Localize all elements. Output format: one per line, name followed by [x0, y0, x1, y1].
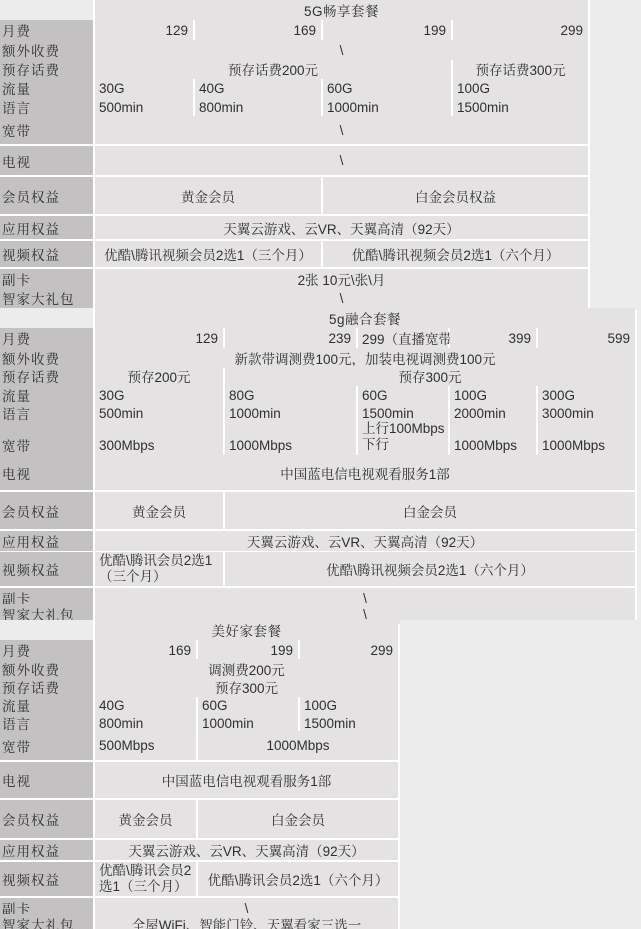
section-title: 美好家套餐: [95, 620, 398, 642]
row-label: 应用权益: [0, 531, 93, 553]
table-row: 预存话费预存200元预存300元: [0, 366, 641, 385]
margin-strip: [590, 116, 641, 146]
margin-strip: [637, 492, 641, 531]
table-row: 应用权益天翼云游戏、云VR、天翼高清（92天）: [0, 531, 641, 552]
table-row: 5g融合套餐: [0, 308, 641, 328]
row-label: 智家大礼包: [0, 288, 93, 310]
table-row: 宽带\: [0, 116, 641, 146]
table-row: 流量30G80G60G100G300G: [0, 385, 641, 403]
table-row: 应用权益天翼云游戏、云VR、天翼高清（92天）: [0, 840, 641, 862]
row-label: 月费: [0, 20, 93, 42]
row-label: 宽带: [0, 116, 93, 146]
margin-strip: [400, 914, 641, 929]
table-cell: 中国蓝电信电视观看服务1部: [95, 455, 635, 492]
row-label: 电视: [0, 146, 93, 177]
table-row: 副卡\: [0, 588, 641, 604]
margin-strip: [637, 531, 641, 553]
table-cell: 优酷\腾讯视频会员2选1（六个月）: [225, 552, 635, 588]
table-cell: 299（直播宽带: [358, 328, 448, 350]
margin-strip: [400, 862, 641, 898]
table-row: 会员权益黄金会员白金会员: [0, 800, 641, 840]
table-row: 电视\: [0, 146, 641, 177]
row-label: 应用权益: [0, 840, 93, 862]
table-row: 语言500min1000min1500min2000min3000min: [0, 403, 641, 421]
row-label: 视频权益: [0, 241, 93, 269]
margin-strip: [590, 216, 641, 241]
margin-strip: [400, 840, 641, 862]
margin-strip: [590, 20, 641, 42]
section-title: 5G畅享套餐: [95, 0, 588, 22]
table-row: 宽带500Mbps1000Mbps: [0, 731, 641, 762]
table-cell: \: [95, 116, 588, 146]
table-row: 副卡2张 10元\张\月: [0, 269, 641, 288]
table-cell: 白金会员: [225, 492, 635, 531]
table-cell: 299: [453, 20, 588, 42]
table-row: 会员权益黄金会员白金会员权益: [0, 177, 641, 216]
section-5g-enjoy-plan: 5G畅享套餐月费129169199299额外收费\预存话费预存话费200元预存话…: [0, 0, 641, 308]
margin-strip: [590, 146, 641, 177]
corner-cell: [0, 0, 93, 22]
table-row: 语言500min800min1000min1500min: [0, 97, 641, 116]
margin-strip: [400, 800, 641, 840]
table-row: 语言800min1000min1500min: [0, 713, 641, 731]
section-5g-fusion-plan: 5g融合套餐月费129239299（直播宽带399599额外收费新款带调测费10…: [0, 308, 641, 620]
table-row: 副卡\: [0, 898, 641, 914]
table-cell: 黄金会员: [95, 177, 321, 216]
table-cell: 黄金会员: [95, 492, 223, 531]
table-cell: \: [95, 288, 588, 310]
table-cell: \: [95, 146, 588, 177]
row-label: 会员权益: [0, 800, 93, 840]
row-label: 电视: [0, 455, 93, 492]
table-row: 月费169199299: [0, 640, 641, 659]
table-row: 月费129239299（直播宽带399599: [0, 328, 641, 348]
table-cell: 399: [450, 328, 536, 350]
table-row: 智家大礼包\: [0, 604, 641, 620]
table-row: 月费129169199299: [0, 20, 641, 40]
table-row: 预存话费预存300元: [0, 677, 641, 695]
table-row: 额外收费\: [0, 40, 641, 59]
table-cell: 优酷\腾讯视频会员2选1（六个月）: [323, 241, 588, 269]
table-row: 智家大礼包\: [0, 288, 641, 308]
table-row: 视频权益优酷\腾讯会员2选1（三个月）优酷\腾讯会员2选1（六个月）: [0, 862, 641, 898]
corner-cell: [0, 308, 93, 330]
table-cell: 129: [95, 20, 193, 42]
margin-strip: [637, 308, 641, 330]
table-cell: 239: [225, 328, 356, 350]
table-row: 电视中国蓝电信电视观看服务1部: [0, 455, 641, 492]
row-label: 会员权益: [0, 177, 93, 216]
corner-cell: [0, 620, 93, 642]
row-label: 会员权益: [0, 492, 93, 531]
row-label: 宽带: [0, 731, 93, 762]
row-label: 视频权益: [0, 552, 93, 588]
table-row: 美好家套餐: [0, 620, 641, 640]
table-cell: 黄金会员: [95, 800, 196, 840]
table-cell: 优酷\腾讯会员2选1（六个月）: [198, 862, 398, 898]
plans-comparison-table: 5G畅享套餐月费129169199299额外收费\预存话费预存话费200元预存话…: [0, 0, 641, 929]
margin-strip: [590, 0, 641, 22]
table-row: 视频权益优酷\腾讯会员2选1（三个月）优酷\腾讯视频会员2选1（六个月）: [0, 552, 641, 588]
table-row: 视频权益优酷\腾讯视频会员2选1（三个月）优酷\腾讯视频会员2选1（六个月）: [0, 241, 641, 269]
table-cell: 天翼云游戏、云VR、天翼高清（92天）: [95, 531, 635, 553]
margin-strip: [400, 731, 641, 762]
table-cell: 1000Mbps: [198, 731, 398, 762]
table-cell: 500Mbps: [95, 731, 196, 762]
table-cell: 优酷\腾讯视频会员2选1（三个月）: [95, 241, 321, 269]
table-cell: 全屋WiFi、智能门铃、天翼看家三选一: [95, 914, 398, 929]
table-cell: 129: [95, 328, 223, 350]
section-beautiful-home-plan: 美好家套餐月费169199299额外收费调测费200元预存话费预存300元流量4…: [0, 620, 641, 929]
margin-strip: [590, 241, 641, 269]
margin-strip: [637, 328, 641, 350]
margin-strip: [637, 455, 641, 492]
table-row: 流量30G40G60G100G: [0, 78, 641, 97]
table-row: 额外收费新款带调测费100元，加装电视调测费100元: [0, 348, 641, 366]
table-row: 流量40G60G100G: [0, 695, 641, 713]
table-cell: 中国蓝电信电视观看服务1部: [95, 762, 398, 800]
margin-strip: [400, 620, 641, 642]
table-cell: 天翼云游戏、云VR、天翼高清（92天）: [95, 216, 588, 241]
table-cell: 白金会员权益: [323, 177, 588, 216]
table-cell: 天翼云游戏、云VR、天翼高清（92天）: [95, 840, 398, 862]
table-row: 预存话费预存话费200元预存话费300元: [0, 59, 641, 78]
table-cell: 优酷\腾讯会员2选1（三个月）: [95, 552, 223, 588]
table-cell: 599: [538, 328, 635, 350]
table-row: 电视中国蓝电信电视观看服务1部: [0, 762, 641, 800]
row-label: 智家大礼包: [0, 914, 93, 929]
row-label: 应用权益: [0, 216, 93, 241]
table-row: 会员权益黄金会员白金会员: [0, 492, 641, 531]
table-row: 智家大礼包全屋WiFi、智能门铃、天翼看家三选一: [0, 914, 641, 929]
row-label: 月费: [0, 328, 93, 350]
margin-strip: [637, 552, 641, 588]
section-title: 5g融合套餐: [95, 308, 635, 330]
margin-strip: [590, 288, 641, 310]
row-label: 电视: [0, 762, 93, 800]
table-cell: 优酷\腾讯会员2选1（三个月）: [95, 862, 196, 898]
table-cell: 199: [323, 20, 451, 42]
margin-strip: [590, 177, 641, 216]
row-label: 视频权益: [0, 862, 93, 898]
table-row: 额外收费调测费200元: [0, 659, 641, 677]
table-row: 5G畅享套餐: [0, 0, 641, 20]
margin-strip: [400, 762, 641, 800]
table-row: 应用权益天翼云游戏、云VR、天翼高清（92天）: [0, 216, 641, 241]
table-cell: 169: [195, 20, 321, 42]
table-cell: 白金会员: [198, 800, 398, 840]
table-row: 宽带300Mbps1000Mbps上行100Mbps 下行1000Mbps100…: [0, 421, 641, 455]
